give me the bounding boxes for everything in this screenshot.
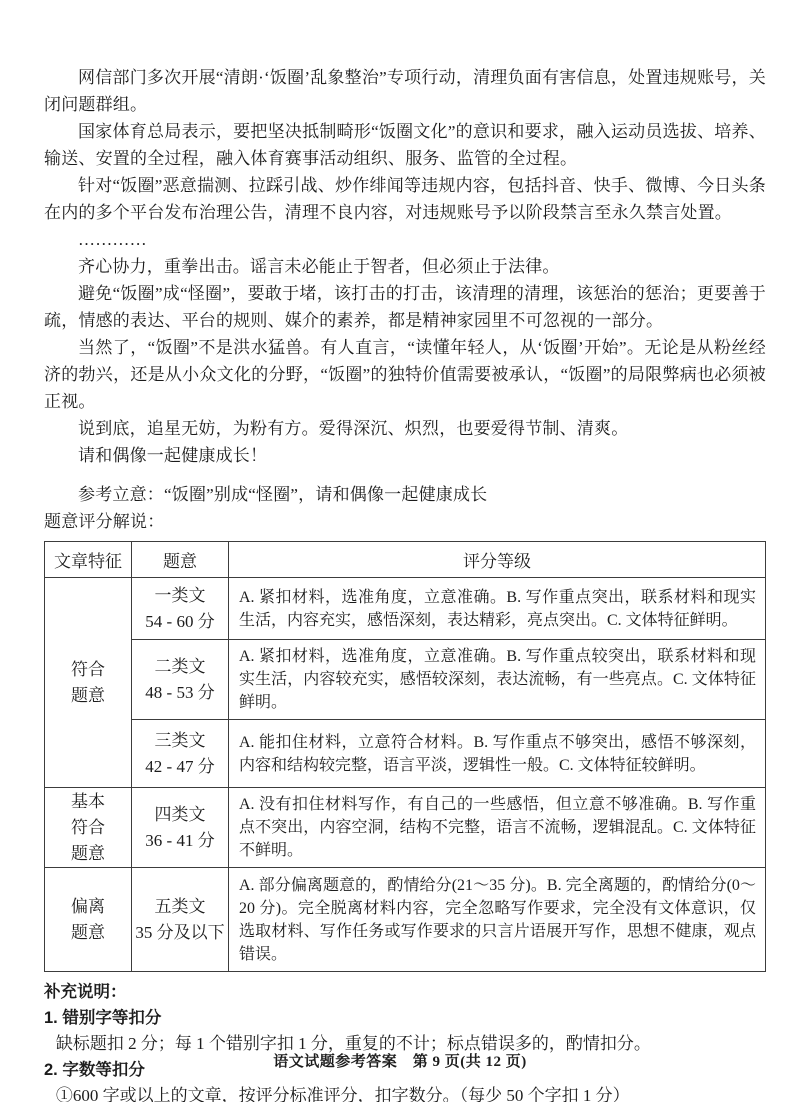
supplementary-notes: 补充说明： 1. 错别字等扣分 缺标题扣 2 分；每 1 个错别字扣 1 分，重…: [44, 979, 766, 1102]
header-score-level: 评分等级: [229, 542, 766, 578]
table-row: 三类文 42 - 47 分 A. 能扣住材料，立意符合材料。B. 写作重点不够突…: [45, 720, 766, 788]
grade-cell: 一类文 54 - 60 分: [132, 578, 229, 640]
note-text: ①600 字或以上的文章，按评分标准评分，扣字数分。（每少 50 个字扣 1 分…: [44, 1083, 766, 1102]
body-paragraph: 避免“饭圈”成“怪圈”，要敢于堵，该打击的打击，该清理的清理，该惩治的惩治；更要…: [44, 280, 766, 334]
page-content: 网信部门多次开展“清朗·‘饭圈’乱象整治”专项行动，清理负面有害信息，处置违规账…: [44, 64, 766, 1102]
table-header-row: 文章特征 题意 评分等级: [45, 542, 766, 578]
category-label: 偏离题意: [69, 894, 106, 946]
grade-score: 54 - 60 分: [133, 609, 227, 635]
body-paragraph: 说到底，追星无妨，为粉有方。爱得深沉、炽烈，也要爱得节制、清爽。: [44, 415, 766, 442]
category-cell: 符合题意: [45, 578, 132, 788]
body-paragraph: 齐心协力，重拳出击。谣言未必能止于智者，但必须止于法律。: [44, 253, 766, 280]
page-footer: 语文试题参考答案 第 9 页(共 12 页): [0, 1050, 800, 1071]
body-paragraph: 请和偶像一起健康成长！: [44, 442, 766, 469]
ellipsis-line: …………: [44, 226, 766, 253]
grade-score: 35 分及以下: [133, 920, 227, 946]
criteria-cell: A. 部分偏离题意的，酌情给分(21～35 分)。B. 完全离题的，酌情给分(0…: [229, 868, 766, 972]
grade-cell: 二类文 48 - 53 分: [132, 640, 229, 720]
grade-score: 36 - 41 分: [133, 828, 227, 854]
criteria-cell: A. 紧扣材料，选准角度，立意准确。B. 写作重点突出，联系材料和现实生活，内容…: [229, 578, 766, 640]
body-paragraph: 当然了，“饭圈”不是洪水猛兽。有人直言，“读懂年轻人，从‘饭圈’开始”。无论是从…: [44, 334, 766, 415]
body-paragraph: 国家体育总局表示，要把坚决抵制畸形“饭圈文化”的意识和要求，融入运动员选拔、培养…: [44, 118, 766, 172]
grade-cell: 五类文 35 分及以下: [132, 868, 229, 972]
grade-cell: 三类文 42 - 47 分: [132, 720, 229, 788]
category-label: 基本符合题意: [69, 789, 106, 867]
table-row: 偏离题意 五类文 35 分及以下 A. 部分偏离题意的，酌情给分(21～35 分…: [45, 868, 766, 972]
reference-intent-line: 参考立意：“饭圈”别成“怪圈”，请和偶像一起健康成长: [44, 481, 766, 508]
notes-title: 补充说明：: [44, 979, 766, 1005]
note-heading: 1. 错别字等扣分: [44, 1005, 766, 1031]
body-paragraph: 网信部门多次开展“清朗·‘饭圈’乱象整治”专项行动，清理负面有害信息，处置违规账…: [44, 64, 766, 118]
table-caption: 题意评分解说：: [44, 508, 766, 535]
category-cell: 基本符合题意: [45, 788, 132, 868]
category-label: 符合题意: [69, 657, 106, 709]
grade-cell: 四类文 36 - 41 分: [132, 788, 229, 868]
grade-score: 48 - 53 分: [133, 680, 227, 706]
grade-score: 42 - 47 分: [133, 754, 227, 780]
grade-name: 一类文: [133, 583, 227, 609]
criteria-cell: A. 能扣住材料，立意符合材料。B. 写作重点不够突出，感悟不够深刻，内容和结构…: [229, 720, 766, 788]
document-page: 网信部门多次开展“清朗·‘饭圈’乱象整治”专项行动，清理负面有害信息，处置违规账…: [0, 0, 800, 1102]
header-topic-intent: 题意: [132, 542, 229, 578]
category-cell: 偏离题意: [45, 868, 132, 972]
body-paragraph: 针对“饭圈”恶意揣测、拉踩引战、炒作绯闻等违规内容，包括抖音、快手、微博、今日头…: [44, 172, 766, 226]
grade-name: 二类文: [133, 654, 227, 680]
grade-name: 四类文: [133, 802, 227, 828]
table-row: 符合题意 一类文 54 - 60 分 A. 紧扣材料，选准角度，立意准确。B. …: [45, 578, 766, 640]
criteria-cell: A. 紧扣材料，选准角度，立意准确。B. 写作重点较突出，联系材料和现实生活，内…: [229, 640, 766, 720]
scoring-rubric-table: 文章特征 题意 评分等级 符合题意 一类文 54 - 60 分 A. 紧扣材料，…: [44, 541, 766, 972]
criteria-cell: A. 没有扣住材料写作，有自己的一些感悟，但立意不够准确。B. 写作重点不突出，…: [229, 788, 766, 868]
grade-name: 三类文: [133, 728, 227, 754]
header-article-feature: 文章特征: [45, 542, 132, 578]
table-row: 基本符合题意 四类文 36 - 41 分 A. 没有扣住材料写作，有自己的一些感…: [45, 788, 766, 868]
table-row: 二类文 48 - 53 分 A. 紧扣材料，选准角度，立意准确。B. 写作重点较…: [45, 640, 766, 720]
grade-name: 五类文: [133, 894, 227, 920]
